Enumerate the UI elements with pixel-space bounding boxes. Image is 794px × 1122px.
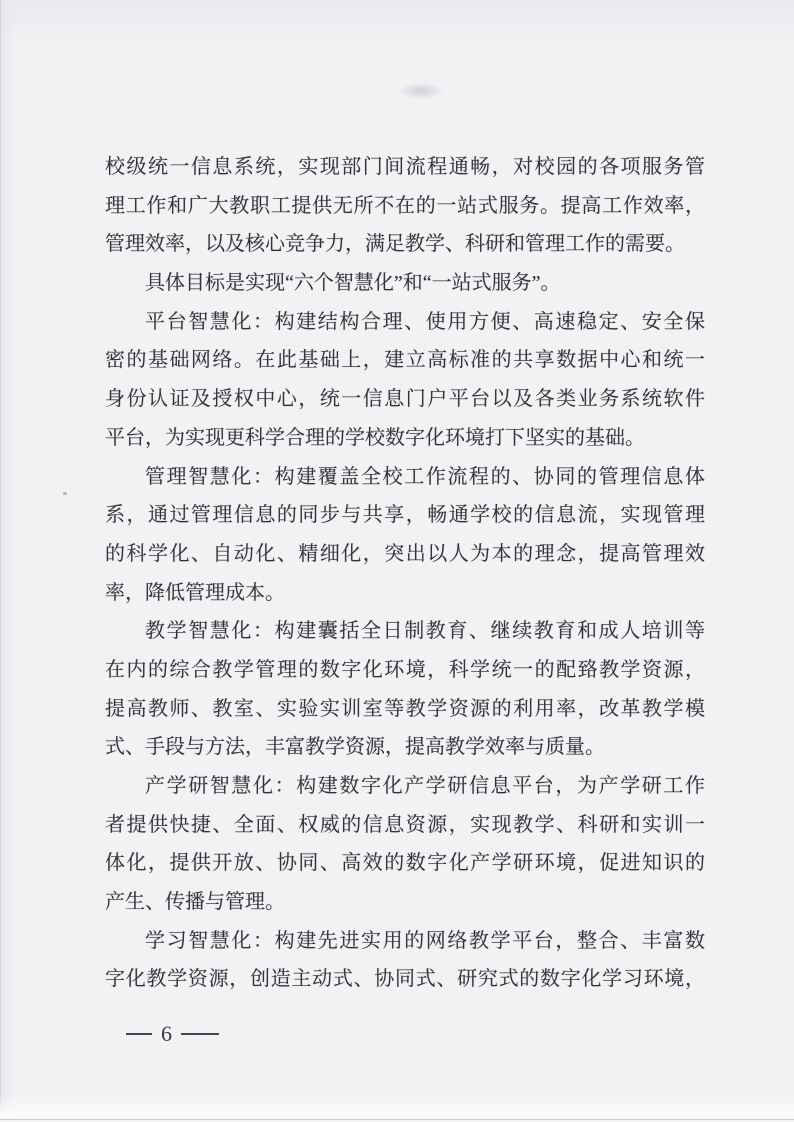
text-line: 系，通过管理信息的同步与共享，畅通学校的信息流，实现管理 — [105, 496, 705, 535]
text-line: 式、手段与方法，丰富教学资源，提高教学效率与质量。 — [105, 728, 705, 767]
scan-edge-bottom-line — [0, 1119, 794, 1120]
text-line: 在内的综合教学管理的数字化环境，科学统一的配臵教学资源， — [105, 651, 705, 690]
text-line: 产生、传播与管理。 — [105, 883, 705, 922]
scan-speck — [63, 492, 67, 495]
text-line: 校级统一信息系统，实现部门间流程通畅，对校园的各项服务管 — [105, 148, 705, 187]
page-number: 6 — [161, 1019, 172, 1049]
document-page: 校级统一信息系统，实现部门间流程通畅，对校园的各项服务管理工作和广大教职工提供无… — [0, 0, 794, 1122]
page-footer: 6 — [126, 1019, 219, 1049]
document-body: 校级统一信息系统，实现部门间流程通畅，对校园的各项服务管理工作和广大教职工提供无… — [105, 148, 705, 999]
text-line: 具体目标是实现“六个智慧化”和“一站式服务”。 — [105, 264, 705, 303]
text-line: 身份认证及授权中心，统一信息门户平台以及各类业务系统软件 — [105, 380, 705, 419]
text-line: 的科学化、自动化、精细化，突出以人为本的理念，提高管理效 — [105, 535, 705, 574]
text-line: 密的基础网络。在此基础上，建立高标准的共享数据中心和统一 — [105, 341, 705, 380]
scan-edge-bottom — [0, 1092, 794, 1122]
text-line: 学习智慧化：构建先进实用的网络教学平台，整合、丰富数 — [105, 922, 705, 961]
scan-edge-top — [0, 0, 794, 54]
scan-edge-left — [0, 0, 15, 1122]
footer-dash-right — [181, 1033, 219, 1035]
footer-dash-left — [126, 1033, 152, 1035]
text-line: 理工作和广大教职工提供无所不在的一站式服务。提高工作效率， — [105, 187, 705, 226]
text-line: 率，降低管理成本。 — [105, 574, 705, 613]
text-line: 者提供快捷、全面、权威的信息资源，实现教学、科研和实训一 — [105, 806, 705, 845]
text-line: 管理效率，以及核心竞争力，满足教学、科研和管理工作的需要。 — [105, 225, 705, 264]
text-line: 平台，为实现更科学合理的学校数字化环境打下坚实的基础。 — [105, 419, 705, 458]
text-line: 平台智慧化：构建结构合理、使用方便、高速稳定、安全保 — [105, 303, 705, 342]
text-line: 字化教学资源，创造主动式、协同式、研究式的数字化学习环境， — [105, 960, 705, 999]
text-line: 教学智慧化：构建囊括全日制教育、继续教育和成人培训等 — [105, 612, 705, 651]
text-line: 提高教师、教室、实验实训室等教学资源的利用率，改革教学模 — [105, 690, 705, 729]
text-line: 管理智慧化：构建覆盖全校工作流程的、协同的管理信息体 — [105, 458, 705, 497]
text-line: 产学研智慧化：构建数字化产学研信息平台，为产学研工作 — [105, 767, 705, 806]
scan-smudge — [398, 82, 444, 100]
text-line: 体化，提供开放、协同、高效的数字化产学研环境，促进知识的 — [105, 844, 705, 883]
